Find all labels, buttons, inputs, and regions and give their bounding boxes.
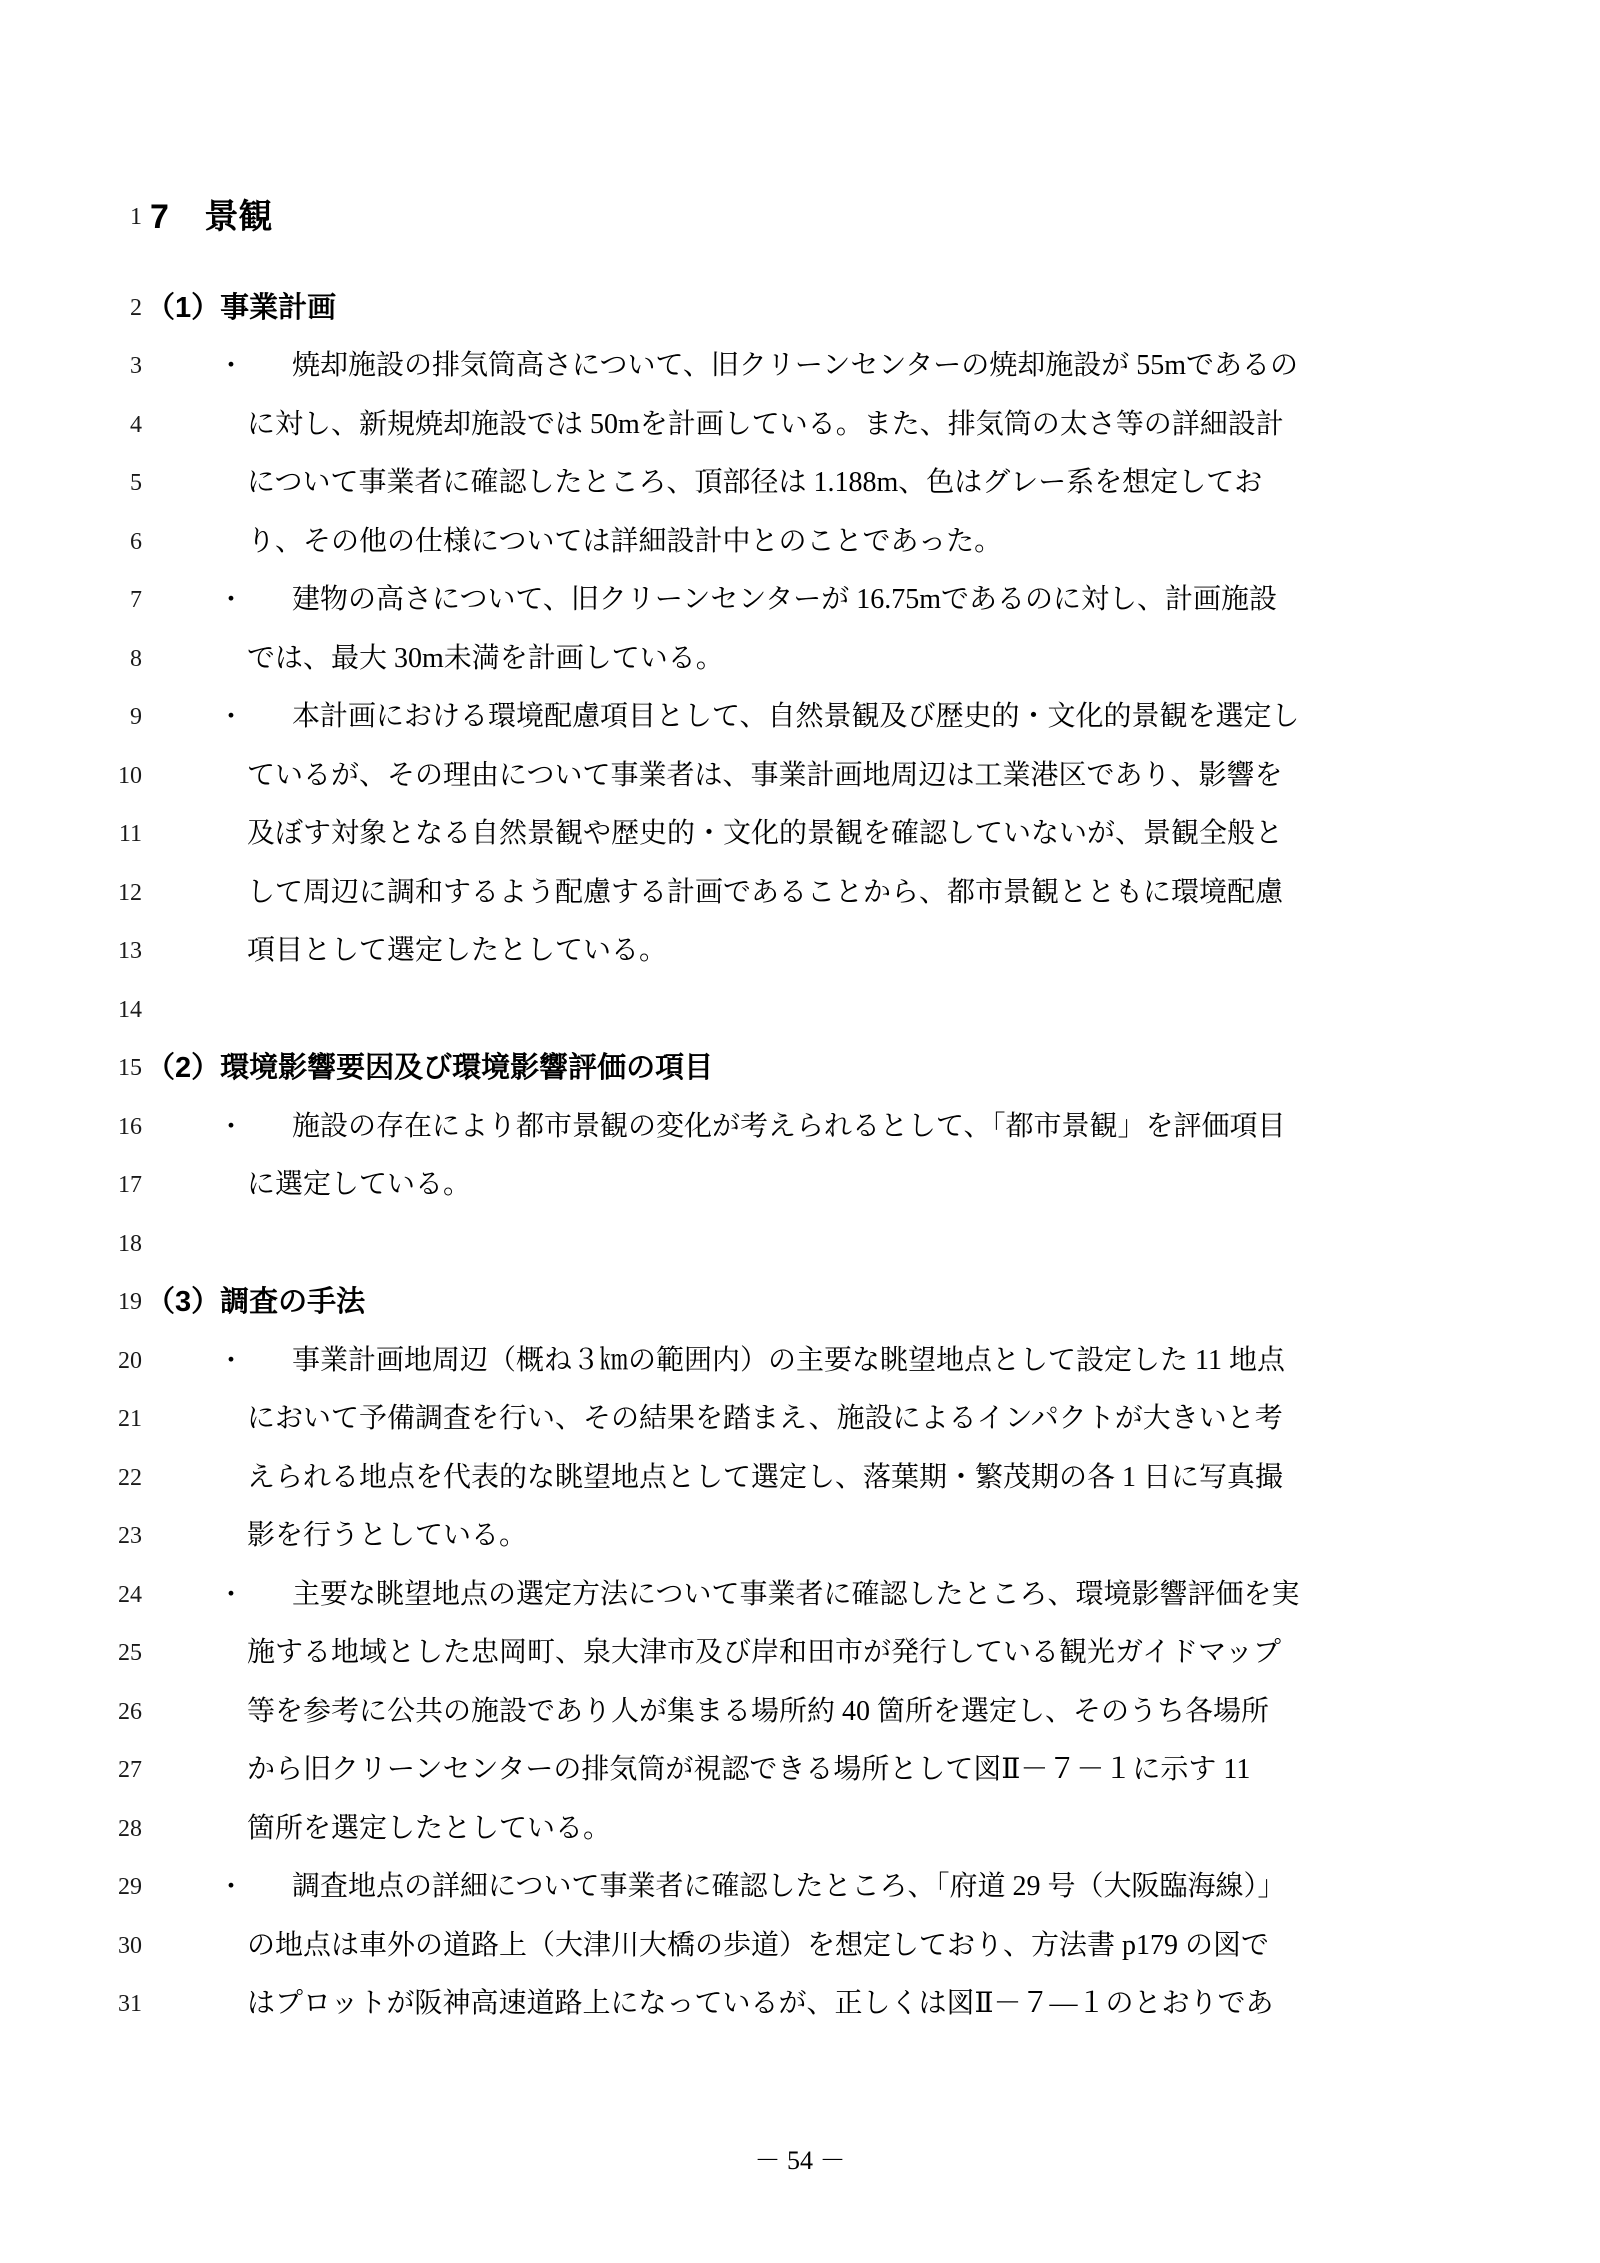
line-number: 10	[0, 747, 142, 806]
line-text: り、その他の仕様については詳細設計中とのことであった。	[142, 513, 1600, 572]
chapter-title: 景観	[204, 198, 272, 236]
document-line: 14	[0, 981, 1600, 1040]
line-number: 23	[0, 1507, 142, 1566]
document-line: 21において予備調査を行い、その結果を踏まえ、施設によるインパクトが大きいと考	[0, 1390, 1600, 1449]
document-lines: 2（1）事業計画3・焼却施設の排気筒高さについて、旧クリーンセンターの焼却施設が…	[0, 279, 1600, 2034]
line-text: 影を行うとしている。	[142, 1507, 1600, 1566]
line-number: 8	[0, 630, 142, 689]
line-number: 1	[0, 185, 142, 250]
document-line: 26等を参考に公共の施設であり人が集まる場所約 40 箇所を選定し、そのうち各場…	[0, 1683, 1600, 1742]
line-number: 15	[0, 1039, 142, 1098]
line-text: 及ぼす対象となる自然景観や歴史的・文化的景観を確認していないが、景観全般と	[142, 805, 1600, 864]
document-line: 12して周辺に調和するよう配慮する計画であることから、都市景観とともに環境配慮	[0, 864, 1600, 923]
line-number: 26	[0, 1683, 142, 1742]
line-text: して周辺に調和するよう配慮する計画であることから、都市景観とともに環境配慮	[142, 864, 1600, 923]
subsection-heading: （2）環境影響要因及び環境影響評価の項目	[142, 1039, 1600, 1098]
document-line: 20・事業計画地周辺（概ね３㎞の範囲内）の主要な眺望地点として設定した 11 地…	[0, 1332, 1600, 1391]
line-number: 7	[0, 571, 142, 630]
line-number: 14	[0, 981, 142, 1040]
line-text: ・本計画における環境配慮項目として、自然景観及び歴史的・文化的景観を選定し	[142, 688, 1600, 747]
line-text: ているが、その理由について事業者は、事業計画地周辺は工業港区であり、影響を	[142, 747, 1600, 806]
line-number: 25	[0, 1624, 142, 1683]
line-text: の地点は車外の道路上（大津川大橋の歩道）を想定しており、方法書 p179 の図で	[142, 1917, 1600, 1976]
document-line: 28箇所を選定したとしている。	[0, 1800, 1600, 1859]
document-line: 25施する地域とした忠岡町、泉大津市及び岸和田市が発行している観光ガイドマップ	[0, 1624, 1600, 1683]
line-text: 施設の存在により都市景観の変化が考えられるとして、「都市景観」を評価項目	[292, 1111, 1285, 1142]
line-text	[142, 981, 1600, 1040]
line-text: えられる地点を代表的な眺望地点として選定し、落葉期・繁茂期の各 1 日に写真撮	[142, 1449, 1600, 1508]
document-page: 1 7 景観 2（1）事業計画3・焼却施設の排気筒高さについて、旧クリーンセンタ…	[0, 0, 1600, 2263]
bullet-icon: ・	[218, 1098, 292, 1157]
document-line: 4に対し、新規焼却施設では 50mを計画している。また、排気筒の太さ等の詳細設計	[0, 396, 1600, 455]
line-number: 20	[0, 1332, 142, 1391]
line-number: 24	[0, 1566, 142, 1625]
line-number: 30	[0, 1917, 142, 1976]
bullet-icon: ・	[218, 688, 292, 747]
line-text: 建物の高さについて、旧クリーンセンターが 16.75mであるのに対し、計画施設	[292, 584, 1277, 615]
line-number: 13	[0, 922, 142, 981]
document-line: 23影を行うとしている。	[0, 1507, 1600, 1566]
document-line: 11及ぼす対象となる自然景観や歴史的・文化的景観を確認していないが、景観全般と	[0, 805, 1600, 864]
line-number: 16	[0, 1098, 142, 1157]
line-number: 21	[0, 1390, 142, 1449]
line-text: 事業計画地周辺（概ね３㎞の範囲内）の主要な眺望地点として設定した 11 地点	[292, 1345, 1285, 1376]
line-number: 19	[0, 1273, 142, 1332]
line-number: 27	[0, 1741, 142, 1800]
line-text: 項目として選定したとしている。	[142, 922, 1600, 981]
line-text: において予備調査を行い、その結果を踏まえ、施設によるインパクトが大きいと考	[142, 1390, 1600, 1449]
line-text: 等を参考に公共の施設であり人が集まる場所約 40 箇所を選定し、そのうち各場所	[142, 1683, 1600, 1742]
line-text: はプロットが阪神高速道路上になっているが、正しくは図Ⅱ－７―１のとおりであ	[142, 1975, 1600, 2034]
line-text: に選定している。	[142, 1156, 1600, 1215]
document-line: 8では、最大 30m未満を計画している。	[0, 630, 1600, 689]
bullet-icon: ・	[218, 571, 292, 630]
line-text: ・施設の存在により都市景観の変化が考えられるとして、「都市景観」を評価項目	[142, 1098, 1600, 1157]
line-number: 17	[0, 1156, 142, 1215]
line-text: ・調査地点の詳細について事業者に確認したところ、「府道 29 号（大阪臨海線）」	[142, 1858, 1600, 1917]
line-text: から旧クリーンセンターの排気筒が視認できる場所として図Ⅱ－７－１に示す 11	[142, 1741, 1600, 1800]
line-text: ・建物の高さについて、旧クリーンセンターが 16.75mであるのに対し、計画施設	[142, 571, 1600, 630]
line-number: 4	[0, 396, 142, 455]
document-line: 7・建物の高さについて、旧クリーンセンターが 16.75mであるのに対し、計画施…	[0, 571, 1600, 630]
bullet-icon: ・	[218, 1858, 292, 1917]
bullet-icon: ・	[218, 1332, 292, 1391]
line-text: では、最大 30m未満を計画している。	[142, 630, 1600, 689]
line-text: ・焼却施設の排気筒高さについて、旧クリーンセンターの焼却施設が 55mであるの	[142, 337, 1600, 396]
chapter-number: 7	[150, 198, 169, 236]
document-line: 2（1）事業計画	[0, 279, 1600, 338]
line-number: 11	[0, 805, 142, 864]
line-number: 9	[0, 688, 142, 747]
document-line: 24・主要な眺望地点の選定方法について事業者に確認したところ、環境影響評価を実	[0, 1566, 1600, 1625]
document-line: 22えられる地点を代表的な眺望地点として選定し、落葉期・繁茂期の各 1 日に写真…	[0, 1449, 1600, 1508]
bullet-icon: ・	[218, 1566, 292, 1625]
line-text: 施する地域とした忠岡町、泉大津市及び岸和田市が発行している観光ガイドマップ	[142, 1624, 1600, 1683]
document-line: 19（3）調査の手法	[0, 1273, 1600, 1332]
line-number: 6	[0, 513, 142, 572]
line-text	[142, 1215, 1600, 1274]
subsection-heading: （3）調査の手法	[142, 1273, 1600, 1332]
line-text: 焼却施設の排気筒高さについて、旧クリーンセンターの焼却施設が 55mであるの	[292, 350, 1298, 381]
subsection-heading: （1）事業計画	[142, 279, 1600, 338]
document-line: 31はプロットが阪神高速道路上になっているが、正しくは図Ⅱ－７―１のとおりであ	[0, 1975, 1600, 2034]
chapter-heading-row: 1 7 景観	[0, 185, 1600, 250]
line-text: に対し、新規焼却施設では 50mを計画している。また、排気筒の太さ等の詳細設計	[142, 396, 1600, 455]
document-line: 9・本計画における環境配慮項目として、自然景観及び歴史的・文化的景観を選定し	[0, 688, 1600, 747]
line-number: 28	[0, 1800, 142, 1859]
document-line: 13項目として選定したとしている。	[0, 922, 1600, 981]
line-text: 調査地点の詳細について事業者に確認したところ、「府道 29 号（大阪臨海線）」	[292, 1871, 1285, 1902]
line-text: 本計画における環境配慮項目として、自然景観及び歴史的・文化的景観を選定し	[292, 701, 1299, 732]
document-line: 17に選定している。	[0, 1156, 1600, 1215]
document-line: 18	[0, 1215, 1600, 1274]
line-number: 2	[0, 279, 142, 338]
document-body: 1 7 景観 2（1）事業計画3・焼却施設の排気筒高さについて、旧クリーンセンタ…	[0, 0, 1600, 2177]
line-text: ・主要な眺望地点の選定方法について事業者に確認したところ、環境影響評価を実	[142, 1566, 1600, 1625]
line-text: 主要な眺望地点の選定方法について事業者に確認したところ、環境影響評価を実	[292, 1579, 1299, 1610]
page-number: － 54 －	[0, 2145, 1600, 2177]
line-number: 12	[0, 864, 142, 923]
document-line: 29・調査地点の詳細について事業者に確認したところ、「府道 29 号（大阪臨海線…	[0, 1858, 1600, 1917]
line-number: 29	[0, 1858, 142, 1917]
document-line: 30の地点は車外の道路上（大津川大橋の歩道）を想定しており、方法書 p179 の…	[0, 1917, 1600, 1976]
line-text: ・事業計画地周辺（概ね３㎞の範囲内）の主要な眺望地点として設定した 11 地点	[142, 1332, 1600, 1391]
line-number: 5	[0, 454, 142, 513]
document-line: 15（2）環境影響要因及び環境影響評価の項目	[0, 1039, 1600, 1098]
line-number: 3	[0, 337, 142, 396]
document-line: 5について事業者に確認したところ、頂部径は 1.188m、色はグレー系を想定して…	[0, 454, 1600, 513]
bullet-icon: ・	[218, 337, 292, 396]
document-line: 10ているが、その理由について事業者は、事業計画地周辺は工業港区であり、影響を	[0, 747, 1600, 806]
line-number: 31	[0, 1975, 142, 2034]
document-line: 16・施設の存在により都市景観の変化が考えられるとして、「都市景観」を評価項目	[0, 1098, 1600, 1157]
chapter-heading: 7 景観	[142, 185, 1600, 250]
document-line: 6り、その他の仕様については詳細設計中とのことであった。	[0, 513, 1600, 572]
document-line: 27から旧クリーンセンターの排気筒が視認できる場所として図Ⅱ－７－１に示す 11	[0, 1741, 1600, 1800]
line-number: 22	[0, 1449, 142, 1508]
document-line: 3・焼却施設の排気筒高さについて、旧クリーンセンターの焼却施設が 55mであるの	[0, 337, 1600, 396]
line-number: 18	[0, 1215, 142, 1274]
line-text: 箇所を選定したとしている。	[142, 1800, 1600, 1859]
line-text: について事業者に確認したところ、頂部径は 1.188m、色はグレー系を想定してお	[142, 454, 1600, 513]
